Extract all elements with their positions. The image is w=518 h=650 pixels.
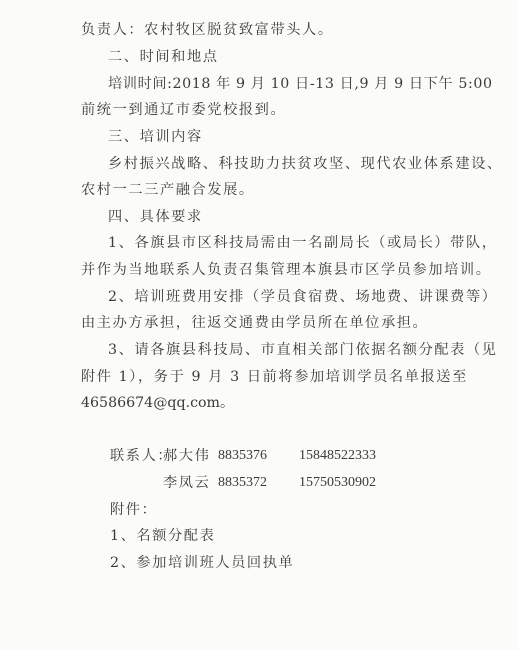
attachment-item: 1、名额分配表 — [110, 527, 215, 545]
contact-name: 郝大伟 — [163, 447, 210, 465]
attachments-title: 附件： — [110, 501, 157, 519]
requirement-1-line-cont: 并作为当地联系人负责召集管理本旗县市区学员参加培训。 — [81, 261, 491, 279]
content-line: 乡村振兴战略、科技助力扶贫攻坚、现代农业体系建设、 — [108, 155, 503, 173]
requirement-3-line-cont: 附件 1），务于 9 月 3 日前将参加培训学员名单报送至 — [81, 368, 468, 386]
requirement-2-line: 2、培训班费用安排（学员食宿费、场地费、讲课费等） — [108, 288, 498, 306]
contact-row-1: 联系人： 郝大伟 8835376 15848522333 — [0, 447, 518, 465]
responsible-person-line: 负责人：农村牧区脱贫致富带头人。 — [81, 21, 334, 39]
email-address: 46586674@qq.com。 — [81, 394, 234, 412]
contact-row-2: 李凤云 8835372 15750530902 — [0, 474, 518, 492]
section-heading-content: 三、培训内容 — [108, 128, 203, 146]
requirement-3-line: 3、请各旗县科技局、市直相关部门依据名额分配表（见 — [108, 341, 498, 359]
requirement-1-line: 1、各旗县市区科技局需由一名副局长（或局长）带队， — [108, 234, 498, 252]
requirement-2-line-cont: 由主办方承担，往返交通费由学员所在单位承担。 — [81, 314, 428, 332]
contact-name: 李凤云 — [163, 474, 210, 492]
contact-mobile: 15750530902 — [299, 474, 376, 492]
contact-tel: 8835376 — [218, 447, 267, 465]
section-heading-time-place: 二、时间和地点 — [108, 48, 219, 66]
contact-tel: 8835372 — [218, 474, 267, 492]
training-time-line-cont: 前统一到通辽市委党校报到。 — [81, 101, 286, 119]
section-heading-requirements: 四、具体要求 — [108, 208, 203, 226]
attachment-item: 2、参加培训班人员回执单 — [110, 554, 294, 572]
contact-mobile: 15848522333 — [299, 447, 376, 465]
content-line-cont: 农村一二三产融合发展。 — [81, 181, 255, 199]
document-page: 负责人：农村牧区脱贫致富带头人。 二、时间和地点 培训时间:2018 年 9 月… — [0, 0, 518, 650]
training-time-line: 培训时间:2018 年 9 月 10 日-13 日,9 月 9 日下午 5:00 — [108, 75, 493, 93]
